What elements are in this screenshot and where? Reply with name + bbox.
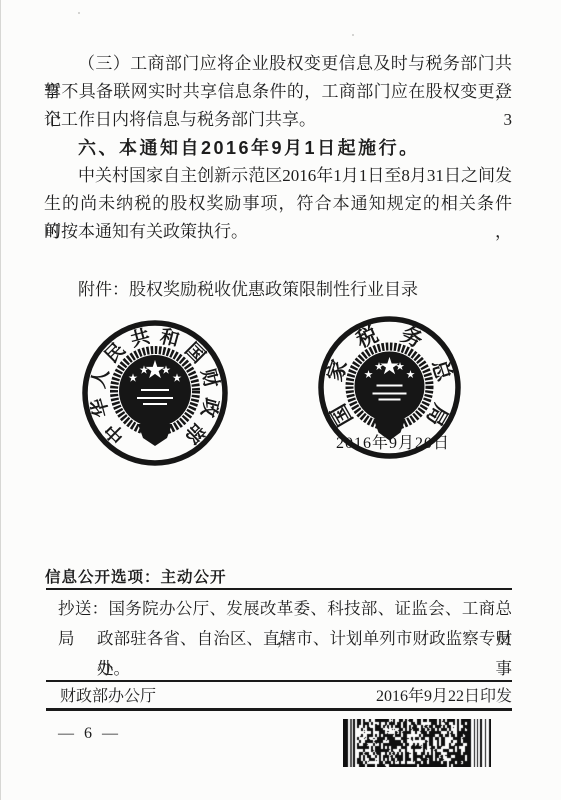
attachment-line: 附件：股权奖励税收优惠政策限制性行业目录 — [44, 276, 512, 304]
issuer-office: 财政部办公厅 — [60, 688, 156, 706]
divider-rule — [46, 588, 512, 590]
seal-character: 总 — [427, 357, 457, 385]
body-text-line: 六、本通知自2016年9月1日起施行。 — [44, 134, 512, 162]
page-number: — 6 — — [58, 725, 121, 743]
scan-speck — [352, 34, 354, 36]
cc-text-line: 政部驻各省、自治区、直辖市、计划单列市财政监察专员办事 — [58, 624, 512, 654]
ministry-of-finance-seal: 中华人民共和国财政部 — [80, 318, 230, 468]
scan-edge-artifact — [0, 0, 1, 800]
scan-speck — [78, 12, 80, 14]
national-emblem-icon — [350, 347, 430, 441]
document-body: （三）工商部门应将企业股权变更信息及时与税务部门共享，暂不具备联网实时共享信息条… — [44, 50, 512, 246]
cc-text-line: 抄送：国务院办公厅、发展改革委、科技部、证监会、工商总局，财 — [58, 594, 512, 624]
disclosure-option-line: 信息公开选项：主动公开 — [45, 565, 227, 587]
print-date: 2016年9月22日印发 — [376, 688, 512, 706]
document-barcode — [343, 719, 491, 767]
publisher-row: 财政部办公厅 2016年9月22日印发 — [60, 688, 512, 706]
seal-date-stamp: 2016年9月20日 — [336, 430, 450, 453]
divider-rule-thick — [46, 708, 512, 711]
body-text-line: 中关村国家自主创新示范区2016年1月1日至8月31日之间发 — [44, 162, 512, 190]
divider-rule — [46, 680, 512, 682]
document-page: （三）工商部门应将企业股权变更信息及时与税务部门共享，暂不具备联网实时共享信息条… — [0, 0, 561, 800]
body-text-line: 暂不具备联网实时共享信息条件的，工商部门应在股权变更登记3 — [44, 78, 512, 106]
cc-block: 抄送：国务院办公厅、发展改革委、科技部、证监会、工商总局，财政部驻各省、自治区、… — [58, 594, 512, 684]
body-text-line: 生的尚未纳税的股权奖励事项，符合本通知规定的相关条件的， — [44, 190, 512, 218]
body-text-line: （三）工商部门应将企业股权变更信息及时与税务部门共享， — [44, 50, 512, 78]
